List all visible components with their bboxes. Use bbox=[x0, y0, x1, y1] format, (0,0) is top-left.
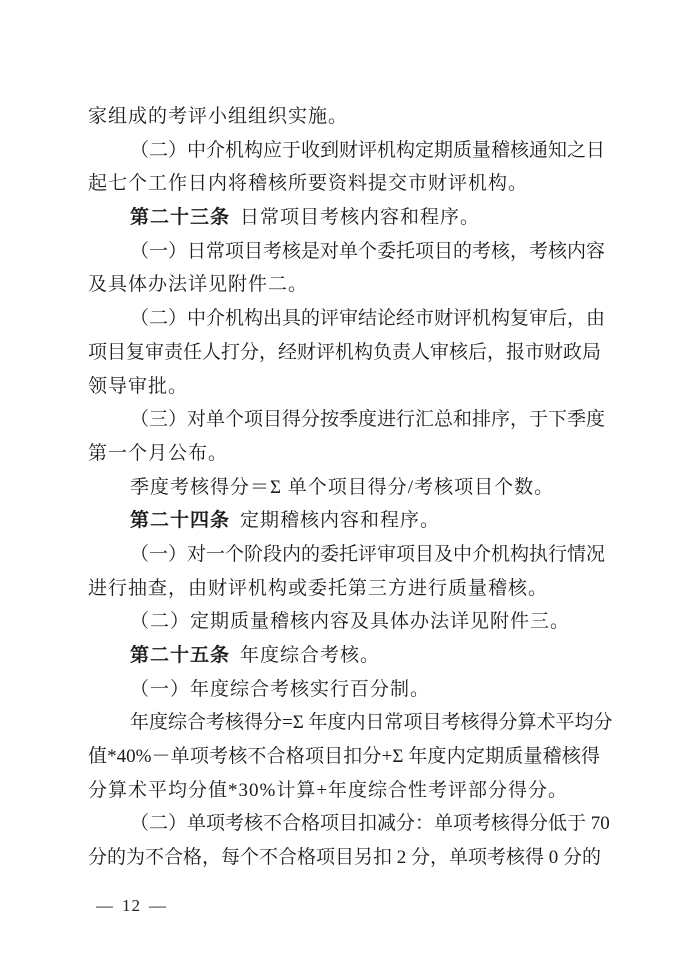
line-text: 及具体办法详见附件二。 bbox=[88, 274, 308, 295]
article-number: 第二十四条 bbox=[130, 510, 230, 531]
text-line: （二）单项考核不合格项目扣减分：单项考核得分低于 70 bbox=[88, 807, 600, 841]
line-text: 季度考核得分＝Σ 单个项目得分/考核项目个数。 bbox=[130, 477, 554, 498]
line-text: （一）日常项目考核是对单个委托项目的考核，考核内容 bbox=[130, 241, 605, 262]
line-text: （三）对单个项目得分按季度进行汇总和排序，于下季度 bbox=[130, 409, 605, 430]
line-text: 分算术平均分值*30%计算+年度综合性考评部分得分。 bbox=[88, 780, 568, 801]
text-line: 起七个工作日内将稽核所要资料提交市财评机构。 bbox=[88, 167, 600, 201]
text-line: 分算术平均分值*30%计算+年度综合性考评部分得分。 bbox=[88, 774, 600, 808]
text-line: 领导审批。 bbox=[88, 370, 600, 404]
text-line: （二）定期质量稽核内容及具体办法详见附件三。 bbox=[88, 605, 600, 639]
page-number: 12 bbox=[122, 896, 141, 915]
page-footer: —12— bbox=[92, 896, 171, 916]
text-line: （一）年度综合考核实行百分制。 bbox=[88, 673, 600, 707]
line-text: 分的为不合格，每个不合格项目另扣 2 分，单项考核得 0 分的 bbox=[88, 847, 601, 868]
text-line: 进行抽查，由财评机构或委托第三方进行质量稽核。 bbox=[88, 572, 600, 606]
text-line: 季度考核得分＝Σ 单个项目得分/考核项目个数。 bbox=[88, 471, 600, 505]
line-text: （二）中介机构应于收到财评机构定期质量稽核通知之日 bbox=[130, 140, 605, 161]
text-line: （二）中介机构出具的评审结论经市财评机构复审后，由 bbox=[88, 302, 600, 336]
text-line: 第一个月公布。 bbox=[88, 437, 600, 471]
text-line: 项目复审责任人打分，经财评机构负责人审核后，报市财政局 bbox=[88, 336, 600, 370]
text-line: （二）中介机构应于收到财评机构定期质量稽核通知之日 bbox=[88, 134, 600, 168]
footer-right-dash: — bbox=[149, 896, 167, 915]
line-text: 进行抽查，由财评机构或委托第三方进行质量稽核。 bbox=[88, 578, 548, 599]
line-text: （一）对一个阶段内的委托评审项目及中介机构执行情况 bbox=[130, 544, 605, 565]
article-number: 第二十三条 bbox=[130, 207, 230, 228]
text-line: 及具体办法详见附件二。 bbox=[88, 268, 600, 302]
line-text: 起七个工作日内将稽核所要资料提交市财评机构。 bbox=[88, 173, 528, 194]
line-text: （二）中介机构出具的评审结论经市财评机构复审后，由 bbox=[130, 308, 605, 329]
article-number: 第二十五条 bbox=[130, 645, 230, 666]
text-line: （一）对一个阶段内的委托评审项目及中介机构执行情况 bbox=[88, 538, 600, 572]
line-text: 家组成的考评小组组织实施。 bbox=[88, 106, 348, 127]
text-line: 值*40%－单项考核不合格项目扣分+Σ 年度内定期质量稽核得 bbox=[88, 740, 600, 774]
line-text: 定期稽核内容和程序。 bbox=[240, 510, 440, 531]
line-text: （一）年度综合考核实行百分制。 bbox=[130, 679, 430, 700]
line-text: 年度综合考核。 bbox=[240, 645, 380, 666]
line-text: 领导审批。 bbox=[88, 376, 188, 397]
line-text: 年度综合考核得分=Σ 年度内日常项目考核得分算术平均分 bbox=[130, 712, 613, 733]
text-line: 第二十三条日常项目考核内容和程序。 bbox=[88, 201, 600, 235]
line-text: 第一个月公布。 bbox=[88, 443, 228, 464]
line-text: 项目复审责任人打分，经财评机构负责人审核后，报市财政局 bbox=[88, 342, 601, 363]
text-line: 家组成的考评小组组织实施。 bbox=[88, 100, 600, 134]
line-text: 日常项目考核内容和程序。 bbox=[240, 207, 480, 228]
text-line: （三）对单个项目得分按季度进行汇总和排序，于下季度 bbox=[88, 403, 600, 437]
text-line: 年度综合考核得分=Σ 年度内日常项目考核得分算术平均分 bbox=[88, 706, 600, 740]
line-text: （二）单项考核不合格项目扣减分：单项考核得分低于 70 bbox=[130, 813, 610, 834]
text-line: 第二十四条定期稽核内容和程序。 bbox=[88, 504, 600, 538]
footer-left-dash: — bbox=[96, 896, 114, 915]
line-text: （二）定期质量稽核内容及具体办法详见附件三。 bbox=[130, 611, 570, 632]
line-text: 值*40%－单项考核不合格项目扣分+Σ 年度内定期质量稽核得 bbox=[88, 746, 600, 767]
text-line: 分的为不合格，每个不合格项目另扣 2 分，单项考核得 0 分的 bbox=[88, 841, 600, 875]
text-line: 第二十五条年度综合考核。 bbox=[88, 639, 600, 673]
document-page: 家组成的考评小组组织实施。（二）中介机构应于收到财评机构定期质量稽核通知之日起七… bbox=[0, 0, 690, 976]
document-body: 家组成的考评小组组织实施。（二）中介机构应于收到财评机构定期质量稽核通知之日起七… bbox=[88, 100, 600, 875]
text-line: （一）日常项目考核是对单个委托项目的考核，考核内容 bbox=[88, 235, 600, 269]
